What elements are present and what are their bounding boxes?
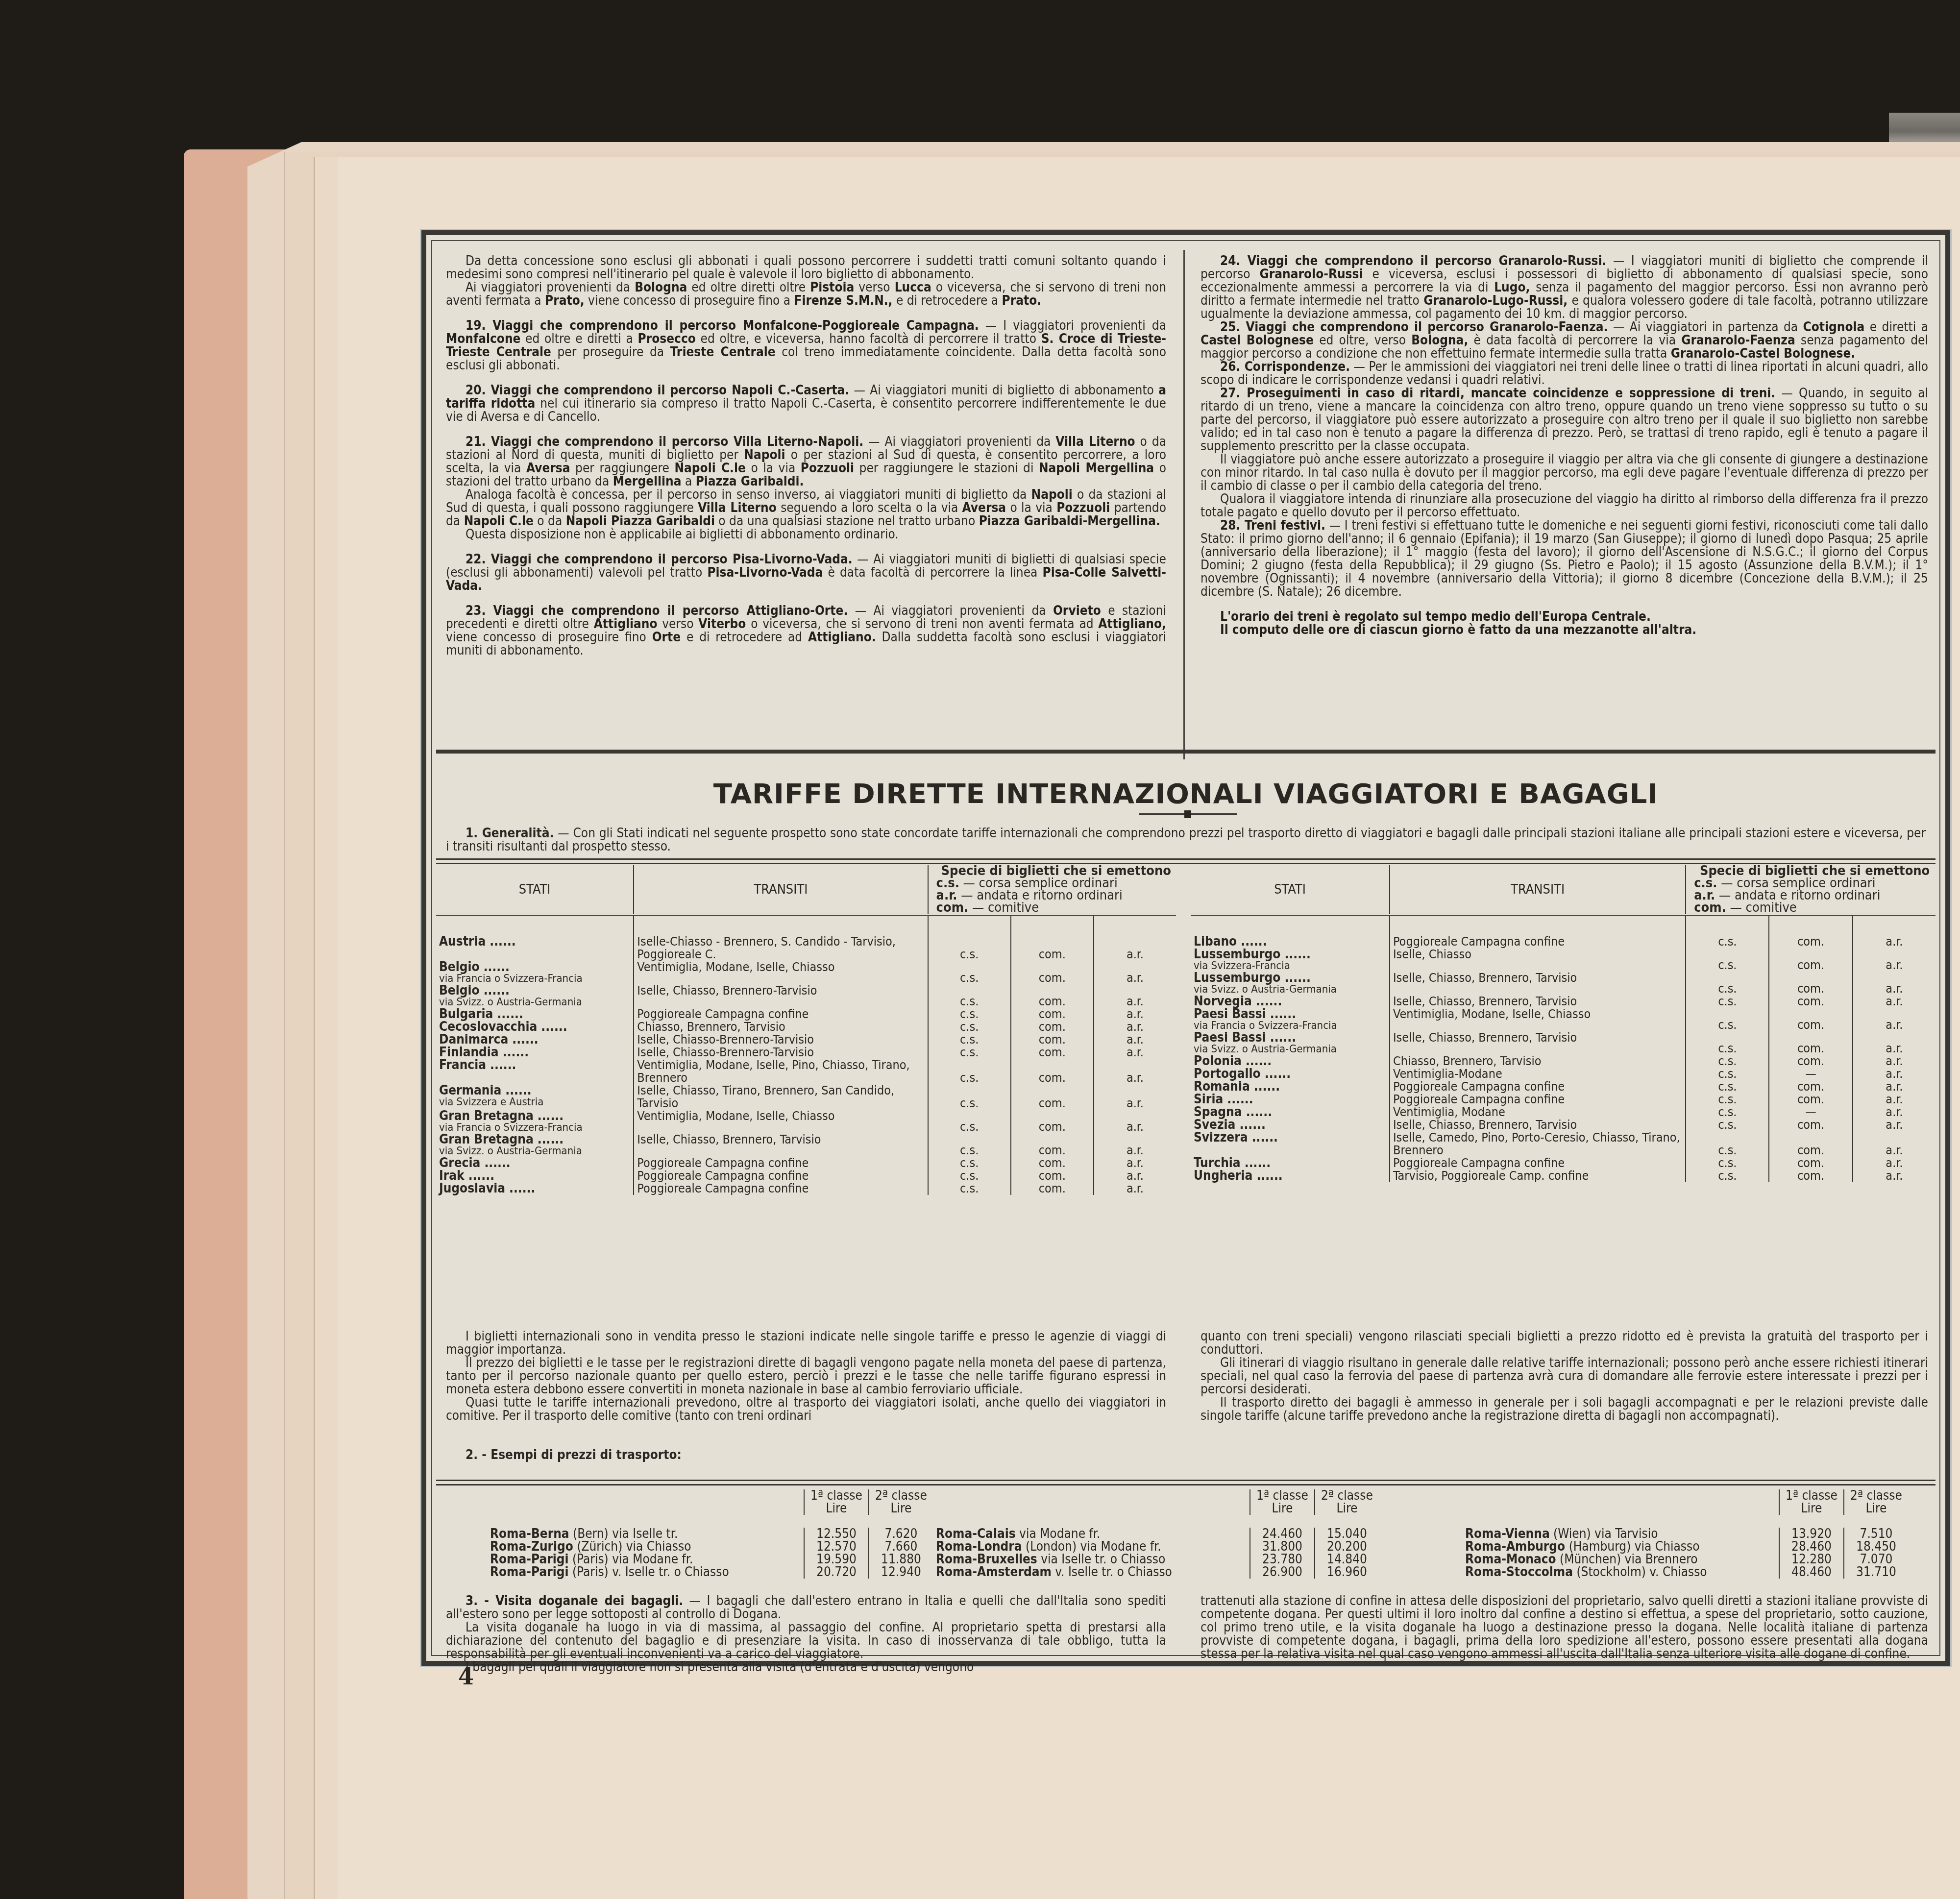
legend-abbr: com. xyxy=(936,900,969,915)
ticket-com: com. xyxy=(1011,984,1094,1008)
section-title: TARIFFE DIRETTE INTERNAZIONALI VIAGGIATO… xyxy=(426,778,1945,810)
fare-route: Roma-Vienna (Wien) via Tarvisio xyxy=(1465,1528,1779,1540)
transit-cell: Iselle, Chiasso, Brennero-Tarvisio xyxy=(634,984,928,1008)
notes-right: quanto con treni speciali) vengono rilas… xyxy=(1200,1330,1928,1423)
table-row: Cecoslovacchia ......Chiasso, Brennero, … xyxy=(436,1021,1176,1033)
transit-cell: Iselle, Camedo, Pino, Porto-Ceresio, Chi… xyxy=(1390,1131,1686,1157)
fare-row: Roma-Berna (Bern) via Iselle tr.12.5507.… xyxy=(490,1528,933,1540)
header-specie: Specie di biglietti che si emettonoc.s. … xyxy=(1686,865,1935,915)
text: Qualora il viaggiatore intenda di rinunz… xyxy=(1200,492,1928,520)
text: Analoga facoltà è concessa, per il perco… xyxy=(465,487,1031,502)
transit-cell: Iselle-Chiasso - Brennero, S. Candido - … xyxy=(634,935,928,961)
fare-route: Roma-Parigi (Paris) via Modane fr. xyxy=(490,1553,804,1566)
table-row: Turchia ......Poggioreale Campagna confi… xyxy=(1191,1157,1935,1169)
state-cell: Gran Bretagna ......via Francia o Svizze… xyxy=(436,1110,634,1133)
bold-term: Villa Literno xyxy=(698,501,777,515)
table-row: Germania ......via Svizzera e AustriaIse… xyxy=(436,1084,1176,1110)
bold-term: Napoli xyxy=(1031,487,1073,502)
route-detail: (Stockholm) v. Chiasso xyxy=(1573,1565,1707,1580)
bold-term: Firenze S.M.N., xyxy=(794,293,893,308)
header-transiti: TRANSITI xyxy=(1390,865,1686,915)
ticket-com: com. xyxy=(1011,1169,1094,1182)
legend-item: com. — comitive xyxy=(1694,901,1935,914)
ticket-cs: c.s. xyxy=(1686,1157,1769,1169)
bold-term: 28. Treni festivi. xyxy=(1220,518,1325,533)
state-name: Ungheria ...... xyxy=(1194,1169,1283,1183)
fare-row: Roma-Parigi (Paris) v. Iselle tr. o Chia… xyxy=(490,1566,933,1579)
table-row: Polonia ......Chiasso, Brennero, Tarvisi… xyxy=(1191,1055,1935,1068)
state-cell: Libano ...... xyxy=(1191,935,1390,948)
bold-term: Prosecco xyxy=(638,332,696,346)
ticket-ar: a.r. xyxy=(1853,1119,1935,1131)
ticket-com: com. xyxy=(1769,1008,1852,1031)
bold-term: Attigliano, xyxy=(1098,617,1166,632)
fare-first-class: 23.780 xyxy=(1249,1553,1314,1566)
paragraph: Il computo delle ore di ciascun giorno è… xyxy=(1200,624,1928,637)
paragraph: 25. Viaggi che comprendono il percorso G… xyxy=(1200,321,1928,361)
state-cell: Svizzera ...... xyxy=(1191,1131,1390,1157)
ticket-cs: c.s. xyxy=(1686,1106,1769,1119)
text: — Ai viaggiatori muniti di biglietto di … xyxy=(849,383,1158,398)
bold-term: Pisa-Livorno-Vada xyxy=(707,565,823,580)
fare-header-spacer xyxy=(1465,1489,1779,1502)
fare-header-spacer xyxy=(490,1502,804,1515)
state-cell: Bulgaria ...... xyxy=(436,1008,634,1021)
route-name: Roma-Parigi xyxy=(490,1565,568,1580)
ticket-ar: a.r. xyxy=(1094,1084,1176,1110)
header-stati: STATI xyxy=(1191,865,1390,915)
table-row: Portogallo ......Ventimiglia-Modanec.s.—… xyxy=(1191,1068,1935,1080)
text: — Ai viaggiatori provenienti da xyxy=(848,604,1053,618)
bold-term: Piazza Garibaldi-Mergellina. xyxy=(979,514,1160,529)
transit-cell: Iselle, Chiasso, Brennero, Tarvisio xyxy=(1390,972,1686,995)
note-paragraph: Gli itinerari di viaggio risultano in ge… xyxy=(1200,1357,1928,1396)
table-row: Romania ......Poggioreale Campagna confi… xyxy=(1191,1080,1935,1093)
fare-header: 1ª classe2ª classe xyxy=(1465,1489,1908,1502)
text: è data facoltà di percorrere la linea xyxy=(823,565,1042,580)
transit-cell: Ventimiglia, Modane, Iselle, Pino, Chias… xyxy=(634,1059,928,1084)
state-route: via Francia o Svizzera-Francia xyxy=(439,1122,630,1133)
legend-abbr: com. xyxy=(1694,900,1726,915)
table-row: Irak ......Poggioreale Campagna confinec… xyxy=(436,1169,1176,1182)
ticket-ar: a.r. xyxy=(1094,1059,1176,1084)
paragraph: 26. Corrispondenze. — Per le ammissioni … xyxy=(1200,361,1928,387)
ticket-cs: c.s. xyxy=(928,1110,1011,1133)
ticket-ar: a.r. xyxy=(1094,935,1176,961)
state-cell: Finlandia ...... xyxy=(436,1046,634,1059)
text: Ai viaggiatori provenienti da xyxy=(465,280,635,295)
page-frame: Da detta concessione sono esclusi gli ab… xyxy=(421,230,1950,1666)
bold-term: L'orario dei treni è regolato sul tempo … xyxy=(1220,609,1651,624)
header-stati: STATI xyxy=(436,865,634,915)
table-row: Norvegia ......Iselle, Chiasso, Brennero… xyxy=(1191,995,1935,1008)
fare-header-unit: LireLire xyxy=(1465,1502,1908,1515)
bold-term: Aversa xyxy=(962,501,1006,515)
fare-first-class: 24.460 xyxy=(1249,1528,1314,1540)
transit-cell: Ventimiglia-Modane xyxy=(1390,1068,1686,1080)
state-route: via Svizz. o Austria-Germania xyxy=(439,997,630,1008)
transit-cell: Poggioreale Campagna confine xyxy=(1390,1093,1686,1106)
legend-text: — comitive xyxy=(1726,900,1797,915)
fare-group: 1ª classe2ª classeLireLireRoma-Berna (Be… xyxy=(490,1489,933,1579)
notes-left: I biglietti internazionali sono in vendi… xyxy=(446,1330,1166,1423)
transit-cell: Ventimiglia, Modane, Iselle, Chiasso xyxy=(634,1110,928,1133)
state-cell: Siria ...... xyxy=(1191,1093,1390,1106)
ticket-ar: a.r. xyxy=(1853,1093,1935,1106)
transit-cell: Ventimiglia, Modane, Iselle, Chiasso xyxy=(1390,1008,1686,1031)
fare-second-class: 7.620 xyxy=(868,1528,933,1540)
bold-term: Villa Literno xyxy=(1055,435,1135,449)
bold-term: Bologna xyxy=(635,280,687,295)
bold-term: Napoli xyxy=(744,448,785,463)
ticket-com: com. xyxy=(1769,948,1852,972)
paragraph: 20. Viaggi che comprendono il percorso N… xyxy=(446,384,1166,424)
ticket-ar: a.r. xyxy=(1853,1008,1935,1031)
ticket-cs: c.s. xyxy=(1686,948,1769,972)
route-name: Roma-Amsterdam xyxy=(936,1565,1052,1580)
transit-cell: Iselle, Chiasso-Brennero-Tarvisio xyxy=(634,1046,928,1059)
paragraph: Questa disposizione non è applicabile ai… xyxy=(446,528,1166,541)
customs-left: 3. - Visita doganale dei bagagli. — I ba… xyxy=(446,1595,1166,1674)
state-name: Jugoslavia ...... xyxy=(439,1181,535,1196)
paragraph: 23. Viaggi che comprendono il percorso A… xyxy=(446,605,1166,657)
fare-route: Roma-Berna (Bern) via Iselle tr. xyxy=(490,1528,804,1540)
fare-first-class: 31.800 xyxy=(1249,1540,1314,1553)
table-row: Belgio ......via Francia o Svizzera-Fran… xyxy=(436,961,1176,984)
text: — I viaggiatori provenienti da xyxy=(979,318,1166,333)
ticket-com: com. xyxy=(1011,961,1094,984)
table-row: Belgio ......via Svizz. o Austria-German… xyxy=(436,984,1176,1008)
ticket-com: com. xyxy=(1011,1021,1094,1033)
ticket-cs: c.s. xyxy=(1686,1093,1769,1106)
table-row: Spagna ......Ventimiglia, Modanec.s.—a.r… xyxy=(1191,1106,1935,1119)
text: seguendo a loro scelta o la via xyxy=(777,501,962,515)
state-cell: Belgio ......via Francia o Svizzera-Fran… xyxy=(436,961,634,984)
paragraph: 28. Treni festivi. — I treni festivi si … xyxy=(1200,519,1928,599)
ticket-com: com. xyxy=(1769,1131,1852,1157)
ticket-com: com. xyxy=(1011,1110,1094,1133)
paragraph: L'orario dei treni è regolato sul tempo … xyxy=(1200,610,1928,624)
fare-route: Roma-Monaco (München) via Brennero xyxy=(1465,1553,1779,1566)
state-cell: Portogallo ...... xyxy=(1191,1068,1390,1080)
text: viene concesso di proseguire fino a xyxy=(585,293,794,308)
bold-term: 22. Viaggi che comprendono il percorso P… xyxy=(465,552,853,567)
ticket-cs: c.s. xyxy=(928,1169,1011,1182)
paragraph: 19. Viaggi che comprendono il percorso M… xyxy=(446,319,1166,372)
state-cell: Cecoslovacchia ...... xyxy=(436,1021,634,1033)
spacer-cell xyxy=(928,915,1011,935)
fare-second-class: 7.660 xyxy=(868,1540,933,1553)
table-row: Paesi Bassi ......via Francia o Svizzera… xyxy=(1191,1008,1935,1031)
transit-cell: Poggioreale Campagna confine xyxy=(634,1182,928,1195)
text: o viceversa, che si servono di treni non… xyxy=(746,617,1098,632)
customs-paragraph: 3. - Visita doganale dei bagagli. — I ba… xyxy=(446,1595,1166,1621)
ticket-ar: a.r. xyxy=(1853,1055,1935,1068)
bold-term: Granarolo-Castel Bolognese. xyxy=(1671,346,1855,361)
bold-term: Napoli Mergellina xyxy=(1039,461,1154,476)
bold-term: 25. Viaggi che comprendono il percorso G… xyxy=(1220,320,1608,335)
bold-term: Pistoia xyxy=(810,280,854,295)
text: nel cui itinerario sia compreso il tratt… xyxy=(446,396,1166,424)
ticket-ar: a.r. xyxy=(1094,1033,1176,1046)
ticket-com: com. xyxy=(1011,1133,1094,1157)
text: Il viaggiatore può anche essere autorizz… xyxy=(1200,452,1928,493)
table-row: Danimarca ......Iselle, Chiasso-Brennero… xyxy=(436,1033,1176,1046)
state-route: via Svizz. o Austria-Germania xyxy=(1194,1044,1386,1055)
ticket-ar: a.r. xyxy=(1853,948,1935,972)
text: — Ai viaggiatori provenienti da xyxy=(863,435,1055,449)
route-detail: (Paris) v. Iselle tr. o Chiasso xyxy=(568,1565,729,1580)
fare-header: 1ª classe2ª classe xyxy=(490,1489,933,1502)
transit-cell: Iselle, Chiasso, Brennero, Tarvisio xyxy=(634,1133,928,1157)
spacer-cell xyxy=(1390,915,1686,935)
transit-cell: Iselle, Chiasso, Brennero, Tarvisio xyxy=(1390,995,1686,1008)
fare-header: 1ª classe2ª classe xyxy=(936,1489,1379,1502)
transit-cell: Iselle, Chiasso, Brennero, Tarvisio xyxy=(1390,1119,1686,1131)
fare-header-spacer xyxy=(490,1489,804,1502)
text: e di retrocedere a xyxy=(892,293,1002,308)
route-detail: v. Iselle tr. o Chiasso xyxy=(1052,1565,1172,1580)
state-cell: Irak ...... xyxy=(436,1169,634,1182)
table-row: Austria ......Iselle-Chiasso - Brennero,… xyxy=(436,935,1176,961)
column-divider xyxy=(1183,250,1185,759)
paragraph: Analoga facoltà è concessa, per il perco… xyxy=(446,488,1166,528)
legend-text: — comitive xyxy=(968,900,1039,915)
ticket-com: com. xyxy=(1769,995,1852,1008)
bold-term: Prato, xyxy=(545,293,585,308)
bold-term: Viterbo xyxy=(698,617,746,632)
transit-cell: Poggioreale Campagna confine xyxy=(1390,1157,1686,1169)
ticket-ar: a.r. xyxy=(1853,1157,1935,1169)
ticket-ar: a.r. xyxy=(1853,935,1935,948)
text: o la via xyxy=(746,461,801,476)
spacer-cell xyxy=(1191,915,1390,935)
fare-header-spacer xyxy=(936,1489,1249,1502)
fare-row: Roma-Amsterdam v. Iselle tr. o Chiasso26… xyxy=(936,1566,1379,1579)
transit-cell: Poggioreale Campagna confine xyxy=(1390,1080,1686,1093)
fare-route: Roma-Stoccolma (Stockholm) v. Chiasso xyxy=(1465,1566,1779,1579)
ticket-ar: a.r. xyxy=(1853,1080,1935,1093)
bold-term: Orte xyxy=(652,630,681,645)
fare-second-class: 16.960 xyxy=(1314,1566,1379,1579)
spacer-cell xyxy=(1094,915,1176,935)
state-cell: Jugoslavia ...... xyxy=(436,1182,634,1195)
ticket-cs: c.s. xyxy=(1686,1131,1769,1157)
state-name: Austria ...... xyxy=(439,934,516,949)
ticket-cs: c.s. xyxy=(928,961,1011,984)
table-header-row: STATITRANSITISpecie di biglietti che si … xyxy=(436,865,1176,915)
customs-right: trattenuti alla stazione di confine in a… xyxy=(1200,1595,1928,1661)
table-row: Svizzera ......Iselle, Camedo, Pino, Por… xyxy=(1191,1131,1935,1157)
fare-first-class: 12.550 xyxy=(804,1528,868,1540)
legend-item: com. — comitive xyxy=(936,901,1176,914)
text: o la via xyxy=(1006,501,1056,515)
transit-cell: Iselle, Chiasso xyxy=(1390,948,1686,972)
customs-heading: 3. - Visita doganale dei bagagli. xyxy=(465,1594,683,1608)
ticket-ar: a.r. xyxy=(1853,1169,1935,1182)
text: verso xyxy=(658,617,699,632)
ticket-com: — xyxy=(1769,1106,1852,1119)
state-cell: Belgio ......via Svizz. o Austria-German… xyxy=(436,984,634,1008)
ticket-ar: a.r. xyxy=(1094,1046,1176,1059)
paragraph: Ai viaggiatori provenienti da Bologna ed… xyxy=(446,281,1166,308)
state-route: via Svizz. o Austria-Germania xyxy=(1194,984,1386,995)
text: è data facoltà di percorrere la via xyxy=(1468,333,1681,348)
bold-term: Napoli C.le xyxy=(464,514,534,529)
bold-term: Napoli Piazza Garibaldi xyxy=(566,514,715,529)
table-row: Francia ......Ventimiglia, Modane, Isell… xyxy=(436,1059,1176,1084)
bold-term: Attigliano. xyxy=(808,630,876,645)
text: ed oltre, verso xyxy=(1314,333,1411,348)
bold-term: Pozzuoli xyxy=(1056,501,1110,515)
fare-second-class: 7.510 xyxy=(1843,1528,1908,1540)
text: e di retrocedere ad xyxy=(681,630,808,645)
fare-header-first: 1ª classe xyxy=(1779,1489,1843,1502)
ticket-cs: c.s. xyxy=(928,1133,1011,1157)
fare-unit: Lire xyxy=(1779,1502,1843,1515)
fare-row: Roma-Bruxelles via Iselle tr. o Chiasso2… xyxy=(936,1553,1379,1566)
ticket-com: com. xyxy=(1011,1059,1094,1084)
ticket-com: com. xyxy=(1011,1084,1094,1110)
text: verso xyxy=(854,280,894,295)
spacer-cell xyxy=(1853,915,1935,935)
ticket-com: com. xyxy=(1769,1119,1852,1131)
bold-term: Il computo delle ore di ciascun giorno è… xyxy=(1220,623,1696,637)
transit-cell: Tarvisio, Poggioreale Camp. confine xyxy=(1390,1169,1686,1182)
bold-term: Aversa xyxy=(526,461,570,476)
bold-term: Pozzuoli xyxy=(801,461,854,476)
bold-term: 23. Viaggi che comprendono il percorso A… xyxy=(465,604,848,618)
ticket-cs: c.s. xyxy=(928,1021,1011,1033)
ticket-ar: a.r. xyxy=(1094,1169,1176,1182)
ticket-com: com. xyxy=(1011,1008,1094,1021)
fare-header-spacer xyxy=(936,1502,1249,1515)
header-specie: Specie di biglietti che si emettonoc.s. … xyxy=(928,865,1176,915)
state-cell: Danimarca ...... xyxy=(436,1033,634,1046)
fare-header-unit: LireLire xyxy=(936,1502,1379,1515)
fare-header-unit: LireLire xyxy=(490,1502,933,1515)
states-table-left: STATITRANSITISpecie di biglietti che si … xyxy=(436,865,1176,1195)
fare-second-class: 14.840 xyxy=(1314,1553,1379,1566)
state-cell: Spagna ...... xyxy=(1191,1106,1390,1119)
ticket-cs: c.s. xyxy=(928,1157,1011,1169)
state-name: Francia ...... xyxy=(439,1058,516,1072)
fare-unit: Lire xyxy=(1843,1502,1908,1515)
bold-term: Orvieto xyxy=(1053,604,1101,618)
spacer-cell xyxy=(1011,915,1094,935)
fare-first-class: 26.900 xyxy=(1249,1566,1314,1579)
route-name: Roma-Stoccolma xyxy=(1465,1565,1573,1580)
table-row: Svezia ......Iselle, Chiasso, Brennero, … xyxy=(1191,1119,1935,1131)
text: per proseguire da xyxy=(551,345,670,360)
title-ornament xyxy=(1139,813,1237,815)
transit-cell: Poggioreale Campagna confine xyxy=(634,1169,928,1182)
spacer-cell xyxy=(436,915,634,935)
state-route: via Francia o Svizzera-Francia xyxy=(439,974,630,984)
fare-header-second: 2ª classe xyxy=(868,1489,933,1502)
table-row: Finlandia ......Iselle, Chiasso-Brennero… xyxy=(436,1046,1176,1059)
bold-term: 20. Viaggi che comprendono il percorso N… xyxy=(465,383,849,398)
fare-route: Roma-Parigi (Paris) v. Iselle tr. o Chia… xyxy=(490,1566,804,1579)
transit-cell: Poggioreale Campagna confine xyxy=(634,1157,928,1169)
text: o da xyxy=(534,514,566,529)
bold-term: 19. Viaggi che comprendono il percorso M… xyxy=(465,318,979,333)
fare-row: Roma-Stoccolma (Stockholm) v. Chiasso48.… xyxy=(1465,1566,1908,1579)
fare-first-class: 28.460 xyxy=(1779,1540,1843,1553)
fare-unit: Lire xyxy=(868,1502,933,1515)
state-cell: Romania ...... xyxy=(1191,1080,1390,1093)
fare-header-first: 1ª classe xyxy=(804,1489,868,1502)
states-table-right: STATITRANSITISpecie di biglietti che si … xyxy=(1191,865,1935,1182)
ticket-cs: c.s. xyxy=(928,1033,1011,1046)
ticket-cs: c.s. xyxy=(1686,972,1769,995)
fare-row: Roma-Monaco (München) via Brennero12.280… xyxy=(1465,1553,1908,1566)
ticket-com: com. xyxy=(1011,1157,1094,1169)
ticket-ar: a.r. xyxy=(1094,961,1176,984)
ticket-cs: c.s. xyxy=(1686,1080,1769,1093)
fare-route: Roma-Zurigo (Zürich) via Chiasso xyxy=(490,1540,804,1553)
table-row: Gran Bretagna ......via Francia o Svizze… xyxy=(436,1110,1176,1133)
state-route: via Francia o Svizzera-Francia xyxy=(1194,1021,1386,1031)
ticket-cs: c.s. xyxy=(928,1046,1011,1059)
ticket-com: com. xyxy=(1011,1046,1094,1059)
text: per raggiungere le stazioni di xyxy=(854,461,1039,476)
ticket-cs: c.s. xyxy=(928,1008,1011,1021)
bold-term: Bologna, xyxy=(1411,333,1468,348)
spacer-row xyxy=(436,915,1176,935)
ticket-cs: c.s. xyxy=(1686,1055,1769,1068)
table-header-row: STATITRANSITISpecie di biglietti che si … xyxy=(1191,865,1935,915)
bold-term: Granarolo-Lugo-Russi, xyxy=(1423,293,1568,308)
state-cell: Polonia ...... xyxy=(1191,1055,1390,1068)
bold-term: Lugo, xyxy=(1494,280,1530,295)
note-paragraph: I biglietti internazionali sono in vendi… xyxy=(446,1330,1166,1357)
ticket-com: com. xyxy=(1011,1033,1094,1046)
fare-row: Roma-Calais via Modane fr.24.46015.040 xyxy=(936,1528,1379,1540)
fare-route: Roma-Bruxelles via Iselle tr. o Chiasso xyxy=(936,1553,1249,1566)
state-cell: Lussemburgo ......via Svizzera-Francia xyxy=(1191,948,1390,972)
fare-row: Roma-Londra (London) via Modane fr.31.80… xyxy=(936,1540,1379,1553)
ticket-com: com. xyxy=(1769,1080,1852,1093)
table-row: Grecia ......Poggioreale Campagna confin… xyxy=(436,1157,1176,1169)
bold-term: Prato. xyxy=(1002,293,1042,308)
ticket-cs: c.s. xyxy=(1686,1068,1769,1080)
ticket-ar: a.r. xyxy=(1853,1031,1935,1055)
note-paragraph: Quasi tutte le tariffe internazionali pr… xyxy=(446,1396,1166,1423)
fare-first-class: 48.460 xyxy=(1779,1566,1843,1579)
state-name: Svizzera ...... xyxy=(1194,1130,1278,1145)
state-cell: Grecia ...... xyxy=(436,1157,634,1169)
fare-first-class: 19.590 xyxy=(804,1553,868,1566)
table-row: Paesi Bassi ......via Svizz. o Austria-G… xyxy=(1191,1031,1935,1055)
section-divider xyxy=(436,750,1935,754)
ticket-com: com. xyxy=(1769,935,1852,948)
paragraph: Da detta concessione sono esclusi gli ab… xyxy=(446,255,1166,281)
paragraph: Il viaggiatore può anche essere autorizz… xyxy=(1200,453,1928,493)
ticket-ar: a.r. xyxy=(1853,972,1935,995)
ticket-ar: a.r. xyxy=(1853,1068,1935,1080)
bold-term: Mergellina xyxy=(613,474,682,489)
fare-second-class: 20.200 xyxy=(1314,1540,1379,1553)
ticket-cs: c.s. xyxy=(928,984,1011,1008)
bold-term: 24. Viaggi che comprendono il percorso G… xyxy=(1220,254,1606,268)
ticket-com: com. xyxy=(1769,1157,1852,1169)
bold-term: Granarolo-Faenza xyxy=(1681,333,1795,348)
text: o da una qualsiasi stazione nel tratto u… xyxy=(715,514,979,529)
spacer-row xyxy=(1191,915,1935,935)
bold-term: 26. Corrispondenze. xyxy=(1220,360,1350,374)
customs-paragraph: trattenuti alla stazione di confine in a… xyxy=(1200,1595,1928,1661)
